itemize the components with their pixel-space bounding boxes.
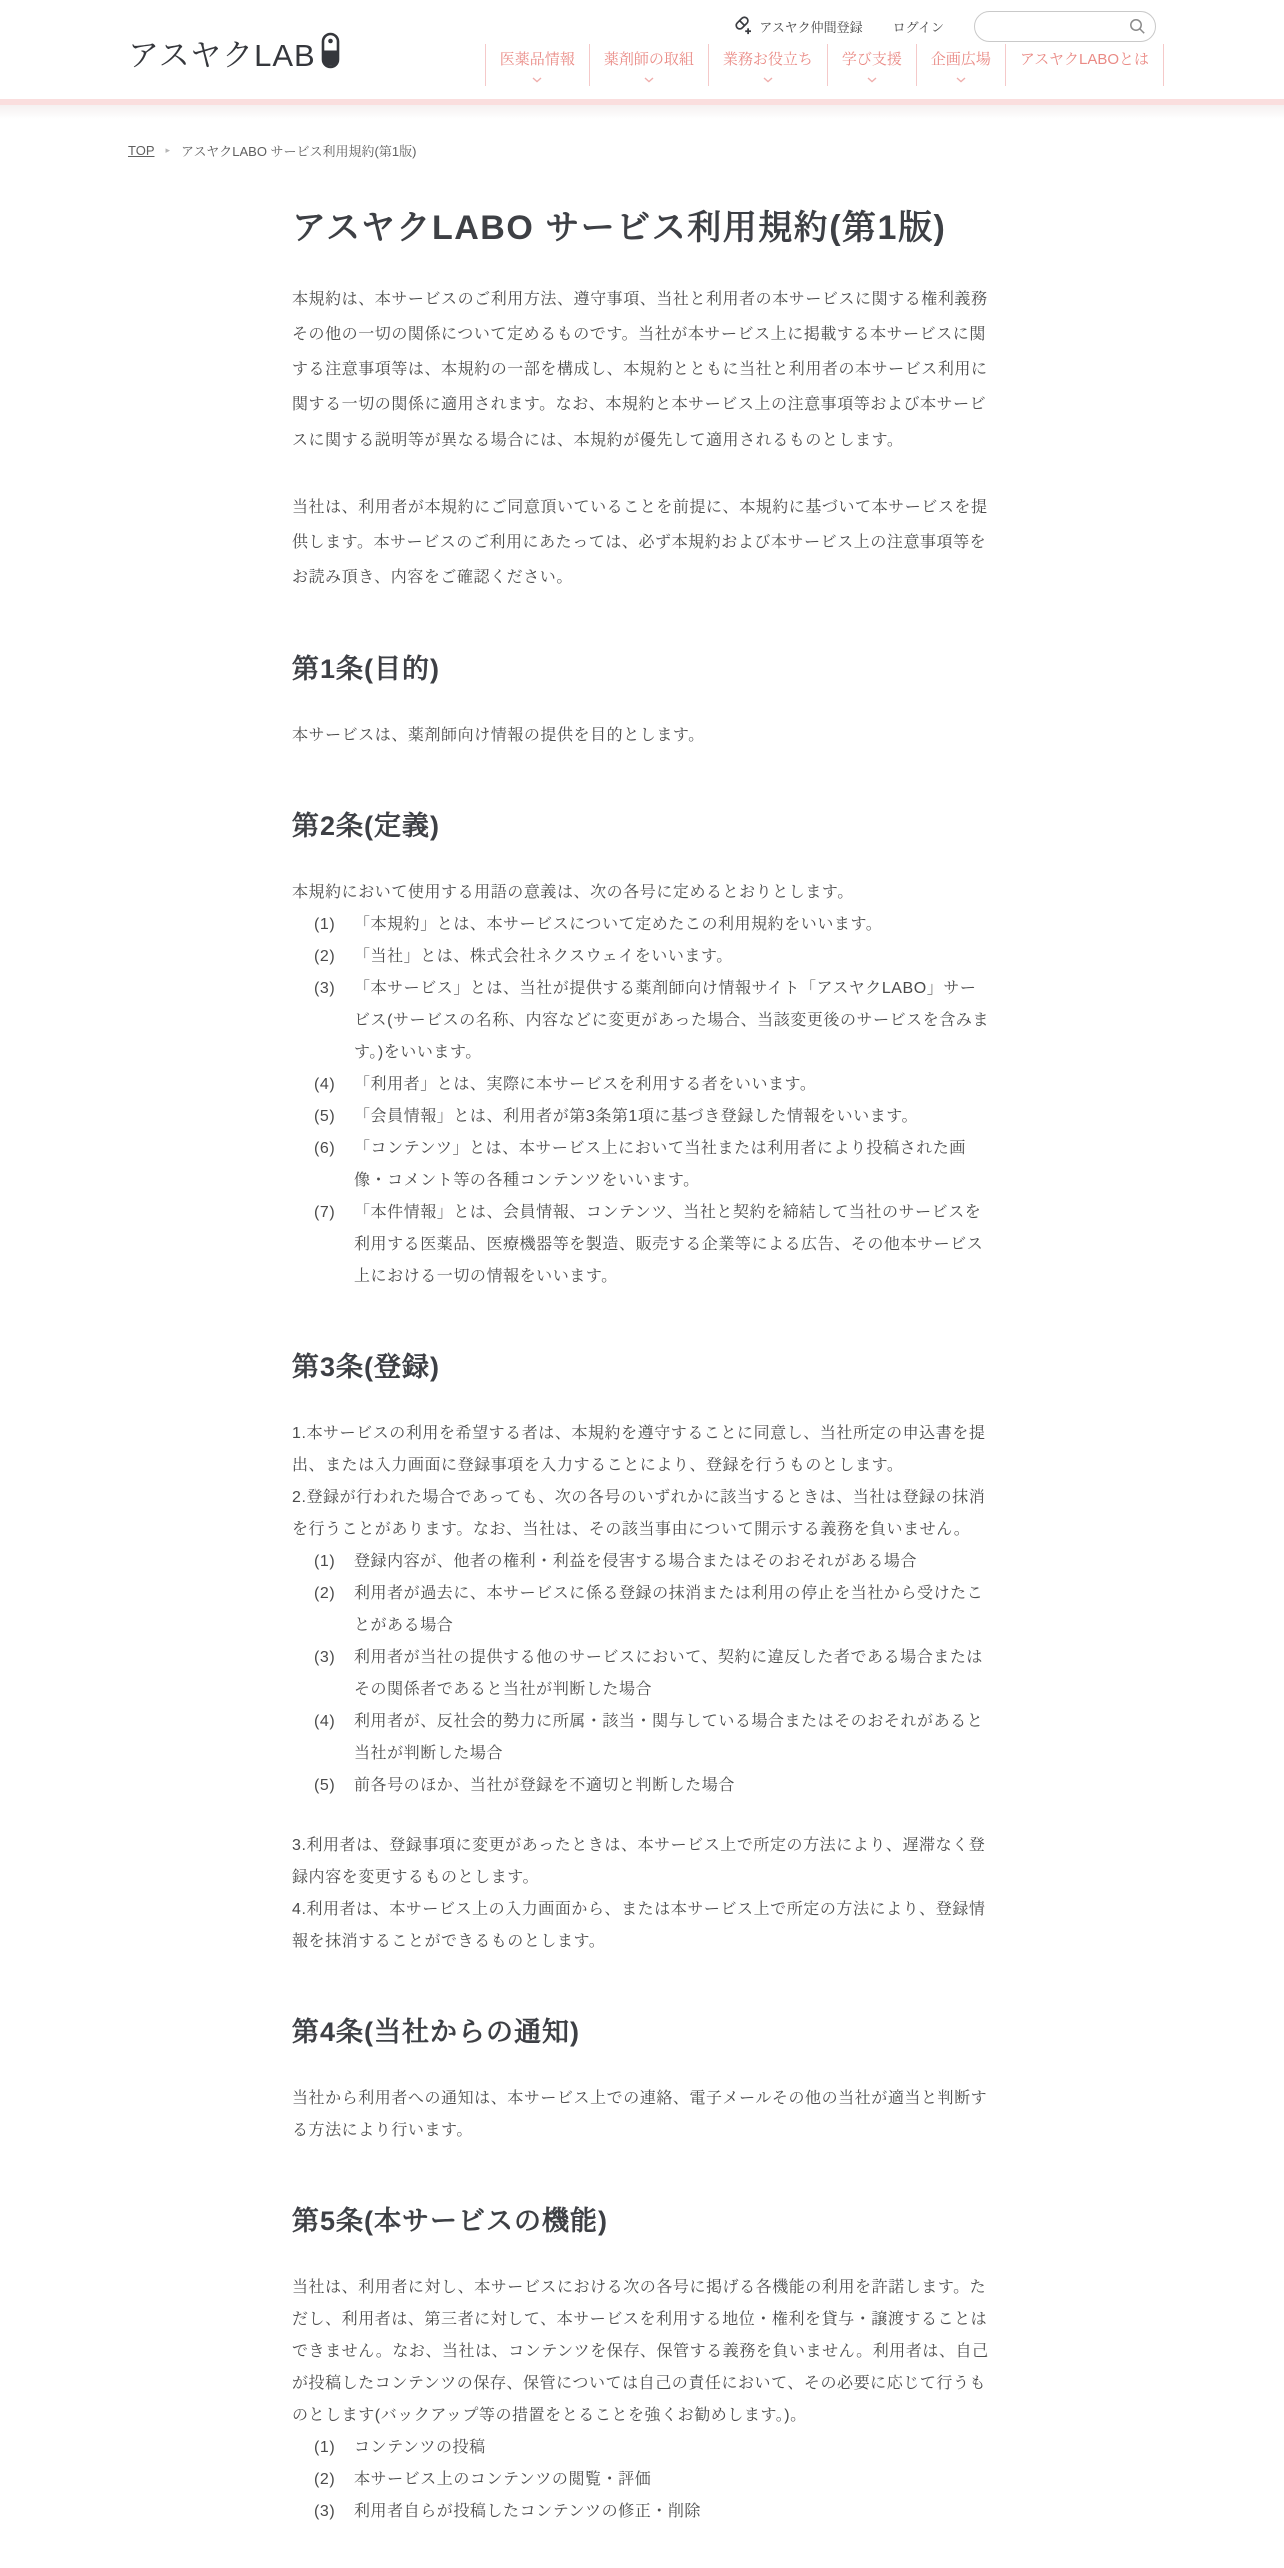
registration-removal-list: (1)登録内容が、他者の権利・利益を侵害する場合またはそのおそれがある場合 (2… xyxy=(292,1546,992,1802)
list-item-text: 利用者自らが投稿したコンテンツの修正・削除 xyxy=(354,2496,992,2528)
list-item: (5)「会員情報」とは、利用者が第3条第1項に基づき登録した情報をいいます。 xyxy=(292,1101,992,1133)
nav-item-work-support[interactable]: 業務お役立ち xyxy=(708,44,827,86)
list-item-number: (1) xyxy=(314,1546,354,1578)
breadcrumb-separator-icon: ▸ xyxy=(166,145,171,156)
page-title: アスヤクLABO サービス利用規約(第1版) xyxy=(292,206,992,252)
capsule-plus-icon xyxy=(732,15,752,38)
list-item: (5)前各号のほか、当社が登録を不適切と判断した場合 xyxy=(292,1770,992,1802)
list-item-text: 「本規約」とは、本サービスについて定めたこの利用規約をいいます。 xyxy=(354,909,992,941)
service-function-list: (1)コンテンツの投稿 (2)本サービス上のコンテンツの閲覧・評価 (3)利用者… xyxy=(292,2432,992,2528)
list-item-number: (6) xyxy=(314,1133,354,1197)
search-icon[interactable] xyxy=(1129,18,1146,40)
chevron-down-icon xyxy=(956,77,966,83)
section-paragraph: 当社は、利用者に対し、本サービスにおける次の各号に掲げる各機能の利用を許諾します… xyxy=(292,2272,992,2432)
list-item-text: 「本サービス」とは、当社が提供する薬剤師向け情報サイト「アスヤクLABO」サービ… xyxy=(354,973,992,1069)
terms-article: アスヤクLABO サービス利用規約(第1版) 本規約は、本サービスのご利用方法、… xyxy=(292,206,992,2528)
list-item-text: 「本件情報」とは、会員情報、コンテンツ、当社と契約を締結して当社のサービスを利用… xyxy=(354,1197,992,1293)
site-logo-text: アスヤクLAB xyxy=(128,30,316,75)
breadcrumb: TOP ▸ アスヤクLABO サービス利用規約(第1版) xyxy=(0,119,1284,160)
section-article1: 第1条(目的) 本サービスは、薬剤師向け情報の提供を目的とします。 xyxy=(292,647,992,752)
list-item: (3)利用者が当社の提供する他のサービスにおいて、契約に違反した者である場合また… xyxy=(292,1642,992,1706)
section-paragraph: 4.利用者は、本サービス上の入力画面から、または本サービス上で所定の方法により、… xyxy=(292,1894,992,1958)
member-register-link[interactable]: アスヤク仲間登録 xyxy=(732,15,862,38)
chevron-down-icon xyxy=(763,77,773,83)
nav-item-about[interactable]: アスヤクLABOとは xyxy=(1005,44,1164,86)
list-item-text: 登録内容が、他者の権利・利益を侵害する場合またはそのおそれがある場合 xyxy=(354,1546,992,1578)
nav-item-label: 薬剤師の取組 xyxy=(604,51,694,68)
section-article4: 第4条(当社からの通知) 当社から利用者への通知は、本サービス上での連絡、電子メ… xyxy=(292,2010,992,2147)
list-item-number: (3) xyxy=(314,2496,354,2528)
nav-item-drug-info[interactable]: 医薬品情報 xyxy=(485,44,589,86)
nav-item-label: 学び支援 xyxy=(842,51,902,68)
list-item: (4)「利用者」とは、実際に本サービスを利用する者をいいます。 xyxy=(292,1069,992,1101)
list-item-number: (2) xyxy=(314,1578,354,1642)
nav-item-learning-support[interactable]: 学び支援 xyxy=(827,44,916,86)
nav-item-label: 業務お役立ち xyxy=(723,51,813,68)
section-heading: 第5条(本サービスの機能) xyxy=(292,2199,992,2238)
list-item-text: 「会員情報」とは、利用者が第3条第1項に基づき登録した情報をいいます。 xyxy=(354,1101,992,1133)
login-link[interactable]: ログイン xyxy=(893,17,944,36)
list-item-text: コンテンツの投稿 xyxy=(354,2432,992,2464)
list-item-text: 本サービス上のコンテンツの閲覧・評価 xyxy=(354,2464,992,2496)
list-item-text: 前各号のほか、当社が登録を不適切と判断した場合 xyxy=(354,1770,992,1802)
list-item-text: 「コンテンツ」とは、本サービス上において当社または利用者により投稿された画像・コ… xyxy=(354,1133,992,1197)
section-heading: 第1条(目的) xyxy=(292,647,992,686)
section-paragraph: 本サービスは、薬剤師向け情報の提供を目的とします。 xyxy=(292,720,992,752)
capsule-o-icon xyxy=(321,32,340,74)
section-paragraph: 1.本サービスの利用を希望する者は、本規約を遵守することに同意し、当社所定の申込… xyxy=(292,1418,992,1482)
section-article2: 第2条(定義) 本規約において使用する用語の意義は、次の各号に定めるとおりとしま… xyxy=(292,804,992,1293)
section-heading: 第3条(登録) xyxy=(292,1345,992,1384)
section-paragraph: 当社から利用者への通知は、本サービス上での連絡、電子メールその他の当社が適当と判… xyxy=(292,2083,992,2147)
list-item-number: (3) xyxy=(314,973,354,1069)
list-item: (4)利用者が、反社会的勢力に所属・該当・関与している場合またはそのおそれがある… xyxy=(292,1706,992,1770)
list-item-number: (2) xyxy=(314,941,354,973)
section-heading: 第4条(当社からの通知) xyxy=(292,2010,992,2049)
definition-list: (1)「本規約」とは、本サービスについて定めたこの利用規約をいいます。 (2)「… xyxy=(292,909,992,1293)
chevron-down-icon xyxy=(867,77,877,83)
nav-item-label: 医薬品情報 xyxy=(500,51,575,68)
list-item-number: (4) xyxy=(314,1706,354,1770)
breadcrumb-current: アスヤクLABO サービス利用規約(第1版) xyxy=(181,141,416,160)
search-box xyxy=(974,11,1156,42)
list-item: (6)「コンテンツ」とは、本サービス上において当社または利用者により投稿された画… xyxy=(292,1133,992,1197)
chevron-down-icon xyxy=(644,77,654,83)
breadcrumb-home-link[interactable]: TOP xyxy=(128,143,155,158)
list-item-text: 「当社」とは、株式会社ネクスウェイをいいます。 xyxy=(354,941,992,973)
login-label: ログイン xyxy=(893,17,944,36)
list-item-number: (5) xyxy=(314,1101,354,1133)
list-item: (3)利用者自らが投稿したコンテンツの修正・削除 xyxy=(292,2496,992,2528)
list-item: (1)登録内容が、他者の権利・利益を侵害する場合またはそのおそれがある場合 xyxy=(292,1546,992,1578)
list-item-number: (2) xyxy=(314,2464,354,2496)
site-logo[interactable]: アスヤクLAB xyxy=(128,30,340,75)
list-item: (2)本サービス上のコンテンツの閲覧・評価 xyxy=(292,2464,992,2496)
nav-item-label: アスヤクLABOとは xyxy=(1020,51,1149,68)
nav-item-label: 企画広場 xyxy=(931,51,991,68)
list-item-number: (1) xyxy=(314,909,354,941)
section-paragraph: 本規約において使用する用語の意義は、次の各号に定めるとおりとします。 xyxy=(292,877,992,909)
section-article3: 第3条(登録) 1.本サービスの利用を希望する者は、本規約を遵守することに同意し… xyxy=(292,1345,992,1958)
list-item: (2)「当社」とは、株式会社ネクスウェイをいいます。 xyxy=(292,941,992,973)
section-article5: 第5条(本サービスの機能) 当社は、利用者に対し、本サービスにおける次の各号に掲… xyxy=(292,2199,992,2528)
nav-item-project-plaza[interactable]: 企画広場 xyxy=(916,44,1005,86)
section-heading: 第2条(定義) xyxy=(292,804,992,843)
list-item-number: (4) xyxy=(314,1069,354,1101)
band-shadow xyxy=(0,105,1284,119)
list-item-text: 利用者が、反社会的勢力に所属・該当・関与している場合またはそのおそれがあると当社… xyxy=(354,1706,992,1770)
list-item-number: (3) xyxy=(314,1642,354,1706)
intro-paragraph: 当社は、利用者が本規約にご同意頂いていることを前提に、本規約に基づいて本サービス… xyxy=(292,490,992,596)
member-register-label: アスヤク仲間登録 xyxy=(759,17,862,36)
list-item: (1)コンテンツの投稿 xyxy=(292,2432,992,2464)
section-paragraph: 2.登録が行われた場合であっても、次の各号のいずれかに該当するときは、当社は登録… xyxy=(292,1482,992,1546)
list-item-text: 利用者が過去に、本サービスに係る登録の抹消または利用の停止を当社から受けたことが… xyxy=(354,1578,992,1642)
list-item-number: (1) xyxy=(314,2432,354,2464)
chevron-down-icon xyxy=(532,77,542,83)
list-item-text: 利用者が当社の提供する他のサービスにおいて、契約に違反した者である場合またはその… xyxy=(354,1642,992,1706)
intro-paragraph: 本規約は、本サービスのご利用方法、遵守事項、当社と利用者の本サービスに関する権利… xyxy=(292,282,992,458)
site-header: アスヤクLAB アスヤク仲間登録 ログイン xyxy=(0,0,1284,99)
nav-item-pharmacist-efforts[interactable]: 薬剤師の取組 xyxy=(589,44,708,86)
list-item: (3)「本サービス」とは、当社が提供する薬剤師向け情報サイト「アスヤクLABO」… xyxy=(292,973,992,1069)
list-item-number: (7) xyxy=(314,1197,354,1293)
section-paragraph: 3.利用者は、登録事項に変更があったときは、本サービス上で所定の方法により、遅滞… xyxy=(292,1830,992,1894)
list-item-number: (5) xyxy=(314,1770,354,1802)
list-item-text: 「利用者」とは、実際に本サービスを利用する者をいいます。 xyxy=(354,1069,992,1101)
list-item: (1)「本規約」とは、本サービスについて定めたこの利用規約をいいます。 xyxy=(292,909,992,941)
list-item: (7)「本件情報」とは、会員情報、コンテンツ、当社と契約を締結して当社のサービス… xyxy=(292,1197,992,1293)
list-item: (2)利用者が過去に、本サービスに係る登録の抹消または利用の停止を当社から受けた… xyxy=(292,1578,992,1642)
